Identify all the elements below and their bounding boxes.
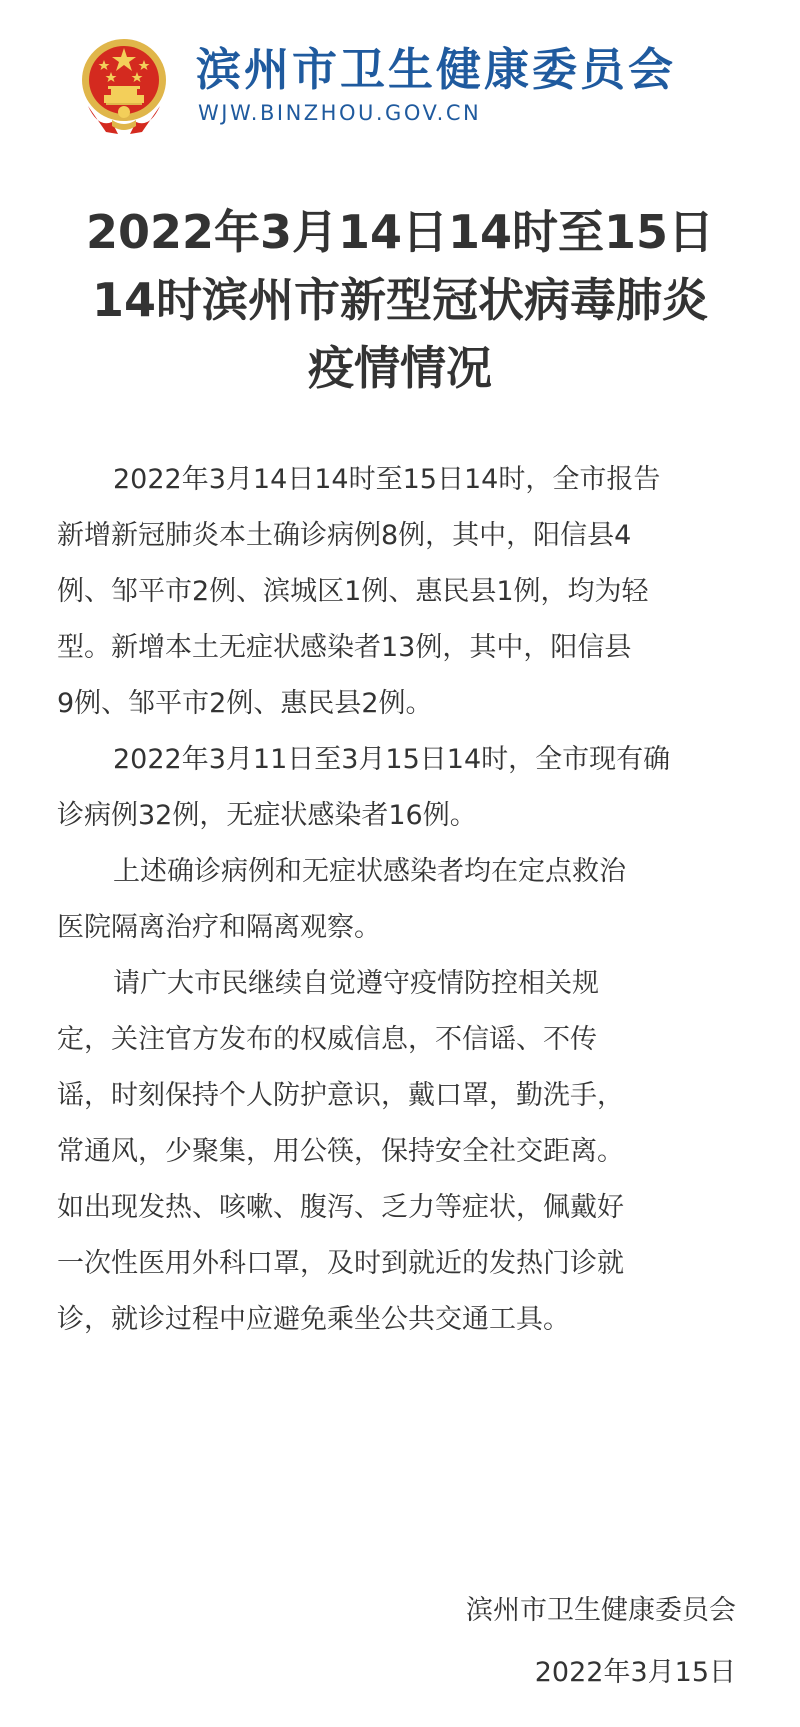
text-line: 请广大市民继续自觉遵守疫情防控相关规 [57,956,747,1012]
text-line: 上述确诊病例和无症状感染者均在定点救治 [57,844,747,900]
signature-org: 滨州市卫生健康委员会 [466,1580,736,1642]
text-line: 例、邹平市2例、滨城区1例、惠民县1例，均为轻 [57,564,747,620]
national-emblem-icon [78,36,170,136]
text-line: 一次性医用外科口罩，及时到就近的发热门诊就 [57,1236,747,1292]
paragraph-current-cases: 2022年3月11日至3月15日14时，全市现有确 诊病例32例，无症状感染者1… [57,732,747,844]
text-line: 2022年3月11日至3月15日14时，全市现有确 [57,732,747,788]
header: 滨州市卫生健康委员会 WJW.BINZHOU.GOV.CN [78,36,718,136]
text-line: 诊病例32例，无症状感染者16例。 [57,788,747,844]
organization-name: 滨州市卫生健康委员会 [196,42,676,98]
text-line: 9例、邹平市2例、惠民县2例。 [57,676,747,732]
text-line: 诊，就诊过程中应避免乘坐公共交通工具。 [57,1292,747,1348]
signature-block: 滨州市卫生健康委员会 2022年3月15日 [466,1580,736,1704]
text-line: 新增新冠肺炎本土确诊病例8例，其中，阳信县4 [57,508,747,564]
text-line: 谣，时刻保持个人防护意识，戴口罩，勤洗手， [57,1068,747,1124]
text-line: 常通风，少聚集，用公筷，保持安全社交距离。 [57,1124,747,1180]
paragraph-new-cases: 2022年3月14日14时至15日14时，全市报告 新增新冠肺炎本土确诊病例8例… [57,452,747,732]
page-title: 2022年3月14日14时至15日 14时滨州市新型冠状病毒肺炎 疫情情况 [0,198,800,402]
text-line: 医院隔离治疗和隔离观察。 [57,900,747,956]
title-line: 2022年3月14日14时至15日 [0,198,800,266]
title-line: 疫情情况 [0,334,800,402]
text-line: 型。新增本土无症状感染者13例，其中，阳信县 [57,620,747,676]
title-line: 14时滨州市新型冠状病毒肺炎 [0,266,800,334]
signature-date: 2022年3月15日 [466,1642,736,1704]
text-line: 2022年3月14日14时至15日14时，全市报告 [57,452,747,508]
paragraph-public-advice: 请广大市民继续自觉遵守疫情防控相关规 定，关注官方发布的权威信息，不信谣、不传 … [57,956,747,1348]
text-line: 定，关注官方发布的权威信息，不信谣、不传 [57,1012,747,1068]
text-line: 如出现发热、咳嗽、腹泻、乏力等症状，佩戴好 [57,1180,747,1236]
article-body: 2022年3月14日14时至15日14时，全市报告 新增新冠肺炎本土确诊病例8例… [57,452,747,1348]
paragraph-treatment: 上述确诊病例和无症状感染者均在定点救治 医院隔离治疗和隔离观察。 [57,844,747,956]
organization-url[interactable]: WJW.BINZHOU.GOV.CN [198,100,481,126]
